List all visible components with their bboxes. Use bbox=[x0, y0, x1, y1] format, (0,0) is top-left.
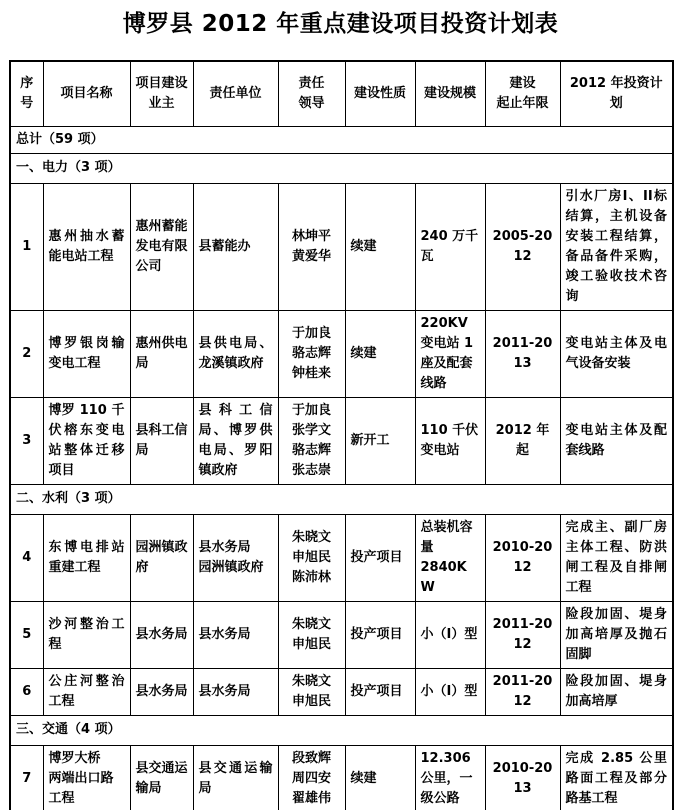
header-cell-years: 建设 起止年限 bbox=[485, 61, 560, 126]
cell-owner: 县交通运输局 bbox=[130, 745, 193, 810]
cell-leader: 林坤平 黄爱华 bbox=[278, 183, 345, 310]
table-row: 6公庄河整治工程县水务局县水务局朱晓文 申旭民投产项目小（I）型2011-201… bbox=[10, 668, 673, 715]
cell-years: 2005-2012 bbox=[485, 183, 560, 310]
document-page: 博罗县 2012 年重点建设项目投资计划表 序 号 项目名称 项目建设 业主 责… bbox=[0, 0, 681, 810]
cell-no: 5 bbox=[10, 601, 43, 668]
header-row: 序 号 项目名称 项目建设 业主 责任单位 责任 领导 建设性质 建设规模 建设… bbox=[10, 61, 673, 126]
cell-plan: 险段加固、堤身加高培厚及抛石固脚 bbox=[560, 601, 673, 668]
cell-scale: 110 千伏变电站 bbox=[415, 397, 485, 484]
header-cell-scale: 建设规模 bbox=[415, 61, 485, 126]
cell-owner: 园洲镇政府 bbox=[130, 514, 193, 601]
cell-unit: 县水务局 园洲镇政府 bbox=[193, 514, 278, 601]
table-row: 7博罗大桥 两端出口路 工程县交通运输局县交通运输局段致辉 周四安 翟雄伟续建1… bbox=[10, 745, 673, 810]
table-row: 4东博电排站重建工程园洲镇政府县水务局 园洲镇政府朱晓文 申旭民 陈沛林投产项目… bbox=[10, 514, 673, 601]
table-row: 5沙河整治工程县水务局县水务局朱晓文 申旭民投产项目小（I）型2011-2012… bbox=[10, 601, 673, 668]
cell-plan: 引水厂房I、II标结算，主机设备安装工程结算，备品备件采购，竣工验收技术咨询 bbox=[560, 183, 673, 310]
section-row-1-label: 一、电力（3 项） bbox=[10, 153, 673, 183]
header-cell-owner: 项目建设 业主 bbox=[130, 61, 193, 126]
cell-no: 2 bbox=[10, 310, 43, 397]
cell-owner: 县水务局 bbox=[130, 601, 193, 668]
cell-nature: 续建 bbox=[345, 745, 415, 810]
cell-plan: 险段加固、堤身加高培厚 bbox=[560, 668, 673, 715]
header-cell-name: 项目名称 bbox=[43, 61, 130, 126]
cell-no: 6 bbox=[10, 668, 43, 715]
cell-unit: 县供电局、龙溪镇政府 bbox=[193, 310, 278, 397]
cell-nature: 续建 bbox=[345, 310, 415, 397]
cell-name: 博罗大桥 两端出口路 工程 bbox=[43, 745, 130, 810]
cell-name: 惠州抽水蓄能电站工程 bbox=[43, 183, 130, 310]
cell-no: 1 bbox=[10, 183, 43, 310]
cell-no: 4 bbox=[10, 514, 43, 601]
cell-leader: 朱晓文 申旭民 陈沛林 bbox=[278, 514, 345, 601]
cell-scale: 小（I）型 bbox=[415, 668, 485, 715]
header-cell-leader: 责任 领导 bbox=[278, 61, 345, 126]
header-cell-plan: 2012 年投资计划 bbox=[560, 61, 673, 126]
cell-scale: 240 万千瓦 bbox=[415, 183, 485, 310]
cell-nature: 续建 bbox=[345, 183, 415, 310]
section-row-2-label: 二、水利（3 项） bbox=[10, 484, 673, 514]
cell-years: 2011-2012 bbox=[485, 601, 560, 668]
cell-nature: 投产项目 bbox=[345, 601, 415, 668]
table-header: 序 号 项目名称 项目建设 业主 责任单位 责任 领导 建设性质 建设规模 建设… bbox=[10, 61, 673, 126]
cell-years: 2012 年起 bbox=[485, 397, 560, 484]
cell-nature: 新开工 bbox=[345, 397, 415, 484]
cell-leader: 于加良 张学文 骆志辉 张志崇 bbox=[278, 397, 345, 484]
table-row: 3博罗 110 千伏榕东变电站整体迁移项目县科工信局县科工信局、博罗供电局、罗阳… bbox=[10, 397, 673, 484]
header-cell-nature: 建设性质 bbox=[345, 61, 415, 126]
summary-row: 总计（59 项） bbox=[10, 126, 673, 153]
cell-scale: 220KV 变电站 1 座及配套线路 bbox=[415, 310, 485, 397]
cell-leader: 朱晓文 申旭民 bbox=[278, 601, 345, 668]
cell-no: 3 bbox=[10, 397, 43, 484]
cell-years: 2011-2012 bbox=[485, 668, 560, 715]
cell-no: 7 bbox=[10, 745, 43, 810]
cell-unit: 县水务局 bbox=[193, 601, 278, 668]
section-row-1: 一、电力（3 项） bbox=[10, 153, 673, 183]
cell-scale: 12.306 公里，一级公路 bbox=[415, 745, 485, 810]
cell-leader: 于加良 骆志辉 钟桂来 bbox=[278, 310, 345, 397]
section-row-3: 三、交通（4 项） bbox=[10, 715, 673, 745]
header-cell-unit: 责任单位 bbox=[193, 61, 278, 126]
cell-plan: 完成 2.85 公里路面工程及部分路基工程 bbox=[560, 745, 673, 810]
cell-unit: 县交通运输局 bbox=[193, 745, 278, 810]
cell-owner: 惠州供电局 bbox=[130, 310, 193, 397]
cell-unit: 县蓄能办 bbox=[193, 183, 278, 310]
cell-plan: 变电站主体及电气设备安装 bbox=[560, 310, 673, 397]
cell-nature: 投产项目 bbox=[345, 668, 415, 715]
section-row-3-label: 三、交通（4 项） bbox=[10, 715, 673, 745]
projects-table: 序 号 项目名称 项目建设 业主 责任单位 责任 领导 建设性质 建设规模 建设… bbox=[9, 60, 674, 810]
table-body: 总计（59 项）一、电力（3 项）1惠州抽水蓄能电站工程惠州蓄能发电有限公司县蓄… bbox=[10, 126, 673, 810]
cell-unit: 县科工信局、博罗供电局、罗阳镇政府 bbox=[193, 397, 278, 484]
cell-owner: 惠州蓄能发电有限公司 bbox=[130, 183, 193, 310]
table-row: 1惠州抽水蓄能电站工程惠州蓄能发电有限公司县蓄能办林坤平 黄爱华续建240 万千… bbox=[10, 183, 673, 310]
header-cell-no: 序 号 bbox=[10, 61, 43, 126]
cell-name: 博罗银岗输变电工程 bbox=[43, 310, 130, 397]
cell-plan: 完成主、副厂房主体工程、防洪闸工程及自排闸工程 bbox=[560, 514, 673, 601]
cell-scale: 总装机容量 2840KW bbox=[415, 514, 485, 601]
cell-owner: 县水务局 bbox=[130, 668, 193, 715]
cell-name: 沙河整治工程 bbox=[43, 601, 130, 668]
page-title: 博罗县 2012 年重点建设项目投资计划表 bbox=[0, 5, 681, 38]
cell-owner: 县科工信局 bbox=[130, 397, 193, 484]
cell-unit: 县水务局 bbox=[193, 668, 278, 715]
cell-leader: 朱晓文 申旭民 bbox=[278, 668, 345, 715]
cell-name: 东博电排站重建工程 bbox=[43, 514, 130, 601]
cell-nature: 投产项目 bbox=[345, 514, 415, 601]
section-row-2: 二、水利（3 项） bbox=[10, 484, 673, 514]
cell-name: 博罗 110 千伏榕东变电站整体迁移项目 bbox=[43, 397, 130, 484]
cell-years: 2010-2013 bbox=[485, 745, 560, 810]
cell-name: 公庄河整治工程 bbox=[43, 668, 130, 715]
cell-plan: 变电站主体及配套线路 bbox=[560, 397, 673, 484]
summary-row-label: 总计（59 项） bbox=[10, 126, 673, 153]
cell-years: 2010-2012 bbox=[485, 514, 560, 601]
cell-leader: 段致辉 周四安 翟雄伟 bbox=[278, 745, 345, 810]
cell-scale: 小（I）型 bbox=[415, 601, 485, 668]
cell-years: 2011-2013 bbox=[485, 310, 560, 397]
table-row: 2博罗银岗输变电工程惠州供电局县供电局、龙溪镇政府于加良 骆志辉 钟桂来续建22… bbox=[10, 310, 673, 397]
